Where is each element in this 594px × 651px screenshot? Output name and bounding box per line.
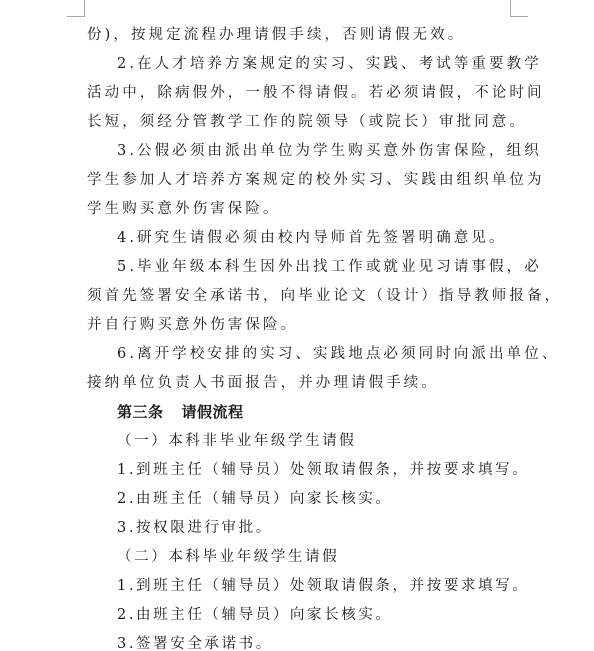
- paragraph-line: 长短，须经分管教学工作的院领导（或院长）审批同意。: [87, 108, 507, 137]
- paragraph-line: 份)，按规定流程办理请假手续，否则请假无效。: [87, 21, 507, 50]
- subsection-title: （二）本科毕业年级学生请假: [87, 543, 507, 572]
- step-item: 2.由班主任（辅导员）向家长核实。: [87, 601, 507, 630]
- page-corner-mark-left: [67, 0, 85, 17]
- paragraph-line: 学生购买意外伤害保险。: [87, 195, 507, 224]
- page-corner-mark-right: [510, 0, 528, 17]
- paragraph-line: 活动中，除病假外，一般不得请假。若必须请假，不论时间: [87, 79, 507, 108]
- step-item: 2.由班主任（辅导员）向家长核实。: [87, 485, 507, 514]
- step-item: 1.到班主任（辅导员）处领取请假条，并按要求填写。: [87, 572, 507, 601]
- paragraph-line: 学生参加人才培养方案规定的校外实习、实践由组织单位为: [87, 166, 507, 195]
- paragraph-line: 2.在人才培养方案规定的实习、实践、考试等重要教学: [87, 50, 507, 79]
- paragraph-line: 接纳单位负责人书面报告，并办理请假手续。: [87, 369, 507, 398]
- document-page: 份)，按规定流程办理请假手续，否则请假无效。 2.在人才培养方案规定的实习、实践…: [87, 21, 507, 651]
- section-number: 第三条: [117, 403, 164, 421]
- paragraph-line: 须首先签署安全承诺书，向毕业论文（设计）指导教师报备，: [87, 282, 507, 311]
- paragraph-line: 6.离开学校安排的实习、实践地点必须同时向派出单位、: [87, 340, 507, 369]
- step-item: 3.签署安全承诺书。: [87, 630, 507, 651]
- paragraph-line: 3.公假必须由派出单位为学生购买意外伤害保险，组织: [87, 137, 507, 166]
- paragraph-line: 并自行购买意外伤害保险。: [87, 311, 507, 340]
- subsection-title: （一）本科非毕业年级学生请假: [87, 427, 507, 456]
- step-item: 1.到班主任（辅导员）处领取请假条，并按要求填写。: [87, 456, 507, 485]
- section-heading: 第三条请假流程: [87, 398, 507, 427]
- paragraph-line: 5.毕业年级本科生因外出找工作或就业见习请事假，必: [87, 253, 507, 282]
- paragraph-line: 4.研究生请假必须由校内导师首先签署明确意见。: [87, 224, 507, 253]
- step-item: 3.按权限进行审批。: [87, 514, 507, 543]
- section-title: 请假流程: [182, 403, 244, 421]
